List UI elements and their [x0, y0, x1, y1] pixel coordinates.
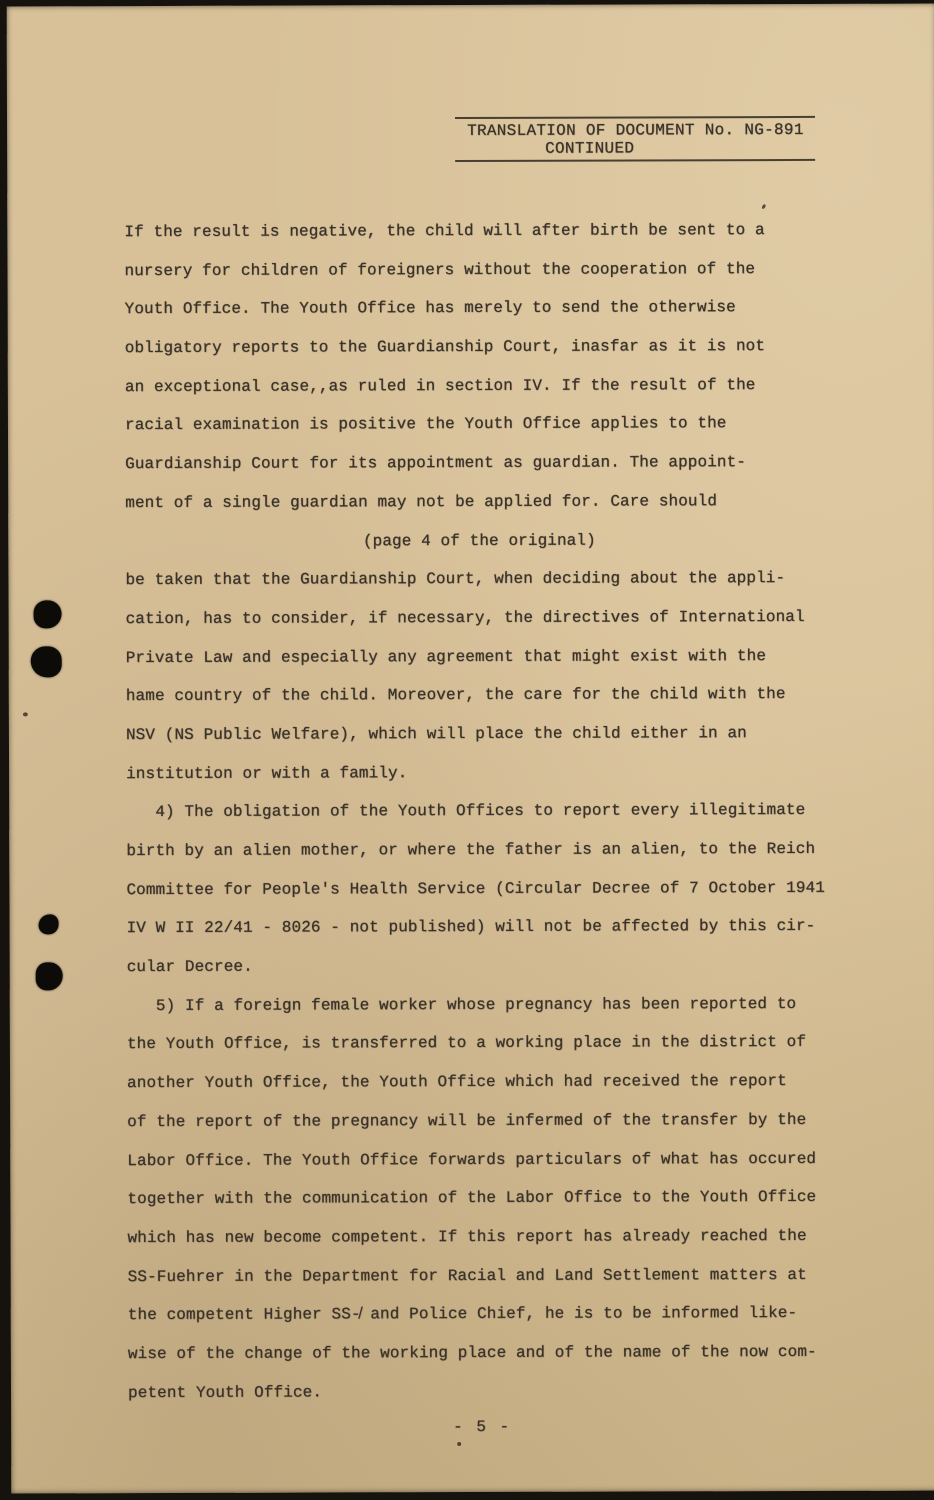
punch-hole: [39, 914, 59, 934]
text-line: 5) If a foreign female worker whose preg…: [127, 985, 835, 1026]
ink-speck: [761, 204, 766, 210]
scan-background: { "colors":{ "background":"#16120d", "pa…: [0, 0, 934, 1500]
text-line: ment of a single guardian may not be app…: [125, 482, 833, 523]
text-line: the competent Higher SS-̸ and Police Chi…: [128, 1294, 836, 1335]
page-reference-note: (page 4 of the original): [125, 520, 833, 561]
text-line: be taken that the Guardianship Court, wh…: [125, 559, 833, 600]
text-line: together with the communication of the L…: [127, 1178, 835, 1219]
text-line: which has new become competent. If this …: [127, 1217, 835, 1258]
text-line: 4) The obligation of the Youth Offices t…: [126, 791, 834, 832]
text-line: of the report of the pregnancy will be i…: [127, 1101, 835, 1142]
text-line: SS-Fuehrer in the Department for Racial …: [128, 1255, 836, 1296]
text-line: racial examination is positive the Youth…: [125, 404, 833, 445]
ink-speck: [23, 712, 28, 716]
document-body: If the result is negative, the child wil…: [124, 211, 836, 1413]
text-line: institution or with a family.: [126, 752, 834, 793]
document-subtitle: CONTINUED: [455, 140, 815, 158]
text-line: wise of the change of the working place …: [128, 1333, 836, 1374]
text-line: the Youth Office, is transferred to a wo…: [127, 1023, 835, 1064]
text-line: Guardianship Court for its appointment a…: [125, 443, 833, 484]
text-line: If the result is negative, the child wil…: [124, 211, 832, 252]
text-line: birth by an alien mother, or where the f…: [126, 830, 834, 871]
text-line: Labor Office. The Youth Office forwards …: [127, 1139, 835, 1180]
text-line: IV W II 22/41 - 8026 - not published) wi…: [127, 907, 835, 948]
text-line: obligatory reports to the Guardianship C…: [125, 327, 833, 368]
punch-hole: [36, 962, 63, 990]
text-line: cation, has to consider, if necessary, t…: [126, 598, 834, 639]
document-header-stamp: TRANSLATION OF DOCUMENT No. NG-891 CONTI…: [455, 116, 815, 162]
document-page: TRANSLATION OF DOCUMENT No. NG-891 CONTI…: [7, 4, 934, 1494]
text-line: Committee for People's Health Service (C…: [126, 869, 834, 910]
punch-hole: [31, 646, 62, 677]
text-line: nursery for children of foreigners witho…: [124, 250, 832, 291]
page-number: - 5 -: [128, 1417, 836, 1437]
document-title: TRANSLATION OF DOCUMENT No. NG-891: [455, 121, 815, 141]
text-line: petent Youth Office.: [128, 1371, 836, 1412]
header-rule-bottom: [455, 159, 815, 162]
text-line: another Youth Office, the Youth Office w…: [127, 1062, 835, 1103]
text-line: cular Decree.: [127, 946, 835, 987]
ink-speck: [457, 1442, 461, 1446]
text-line: an exceptional case,,as ruled in section…: [125, 366, 833, 407]
text-line: Youth Office. The Youth Office has merel…: [125, 288, 833, 329]
header-rule-top: [455, 116, 815, 119]
text-line: hame country of the child. Moreover, the…: [126, 675, 834, 716]
text-line: Private Law and especially any agreement…: [126, 636, 834, 677]
punch-hole: [34, 600, 62, 628]
text-line: NSV (NS Public Welfare), which will plac…: [126, 714, 834, 755]
